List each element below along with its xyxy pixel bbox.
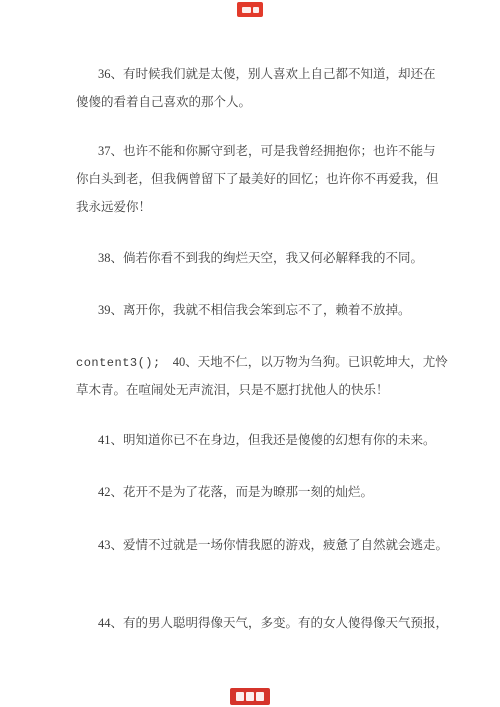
quote-line: 你白头到老，但我俩曾留下了最美好的回忆；也许你不再爱我，但 — [76, 165, 476, 193]
quote-line: 42、花开不是为了花落，而是为暸那一刻的灿烂。 — [76, 478, 476, 506]
logo-glyph — [253, 7, 259, 13]
quote-paragraph-36: 36、有时候我们就是太傻，别人喜欢上自己都不知道，却还在 傻傻的看着自己喜欢的那… — [76, 60, 476, 116]
quote-paragraph-43: 43、爱情不过就是一场你情我愿的游戏，疲惫了自然就会逃走。 — [76, 531, 476, 559]
quote-paragraph-37: 37、也许不能和你厮守到老，可是我曾经拥抱你；也许不能与 你白头到老，但我俩曾留… — [76, 137, 476, 221]
quote-line: 41、明知道你已不在身边，但我还是傻傻的幻想有你的未来。 — [76, 426, 476, 454]
document-page: 36、有时候我们就是太傻，别人喜欢上自己都不知道，却还在 傻傻的看着自己喜欢的那… — [0, 0, 500, 707]
leaked-script-text: content3(); — [76, 356, 161, 370]
quote-line-text: 40、天地不仁，以万物为刍狗。已识乾坤大，尤怜 — [173, 355, 448, 369]
quote-line: 36、有时候我们就是太傻，别人喜欢上自己都不知道，却还在 — [76, 60, 476, 88]
quote-line: 草木青。在喧闹处无声流泪，只是不愿打扰他人的快乐！ — [76, 376, 476, 404]
quote-paragraph-44: 44、有的男人聪明得像天气，多变。有的女人傻得像天气预报， — [76, 609, 476, 637]
quote-line: 38、倘若你看不到我的绚烂天空，我又何必解释我的不同。 — [76, 244, 476, 272]
quote-line: content3();40、天地不仁，以万物为刍狗。已识乾坤大，尤怜 — [76, 348, 476, 376]
top-red-logo-icon — [237, 2, 263, 17]
quote-paragraph-41: 41、明知道你已不在身边，但我还是傻傻的幻想有你的未来。 — [76, 426, 476, 454]
quote-paragraph-40: content3();40、天地不仁，以万物为刍狗。已识乾坤大，尤怜 草木青。在… — [76, 348, 476, 404]
quote-line: 37、也许不能和你厮守到老，可是我曾经拥抱你；也许不能与 — [76, 137, 476, 165]
bottom-red-logo-icon — [230, 688, 270, 705]
logo-glyph — [256, 692, 264, 701]
quote-line: 44、有的男人聪明得像天气，多变。有的女人傻得像天气预报， — [76, 609, 476, 637]
quote-line: 43、爱情不过就是一场你情我愿的游戏，疲惫了自然就会逃走。 — [76, 531, 476, 559]
quote-line: 我永远爱你！ — [76, 193, 476, 221]
logo-glyph — [242, 7, 251, 13]
quote-paragraph-38: 38、倘若你看不到我的绚烂天空，我又何必解释我的不同。 — [76, 244, 476, 272]
quote-paragraph-42: 42、花开不是为了花落，而是为暸那一刻的灿烂。 — [76, 478, 476, 506]
quote-paragraph-39: 39、离开你，我就不相信我会笨到忘不了，赖着不放掉。 — [76, 296, 476, 324]
quote-line: 傻傻的看着自己喜欢的那个人。 — [76, 88, 476, 116]
logo-glyph — [236, 692, 244, 701]
quote-line: 39、离开你，我就不相信我会笨到忘不了，赖着不放掉。 — [76, 296, 476, 324]
logo-glyph — [246, 692, 254, 701]
